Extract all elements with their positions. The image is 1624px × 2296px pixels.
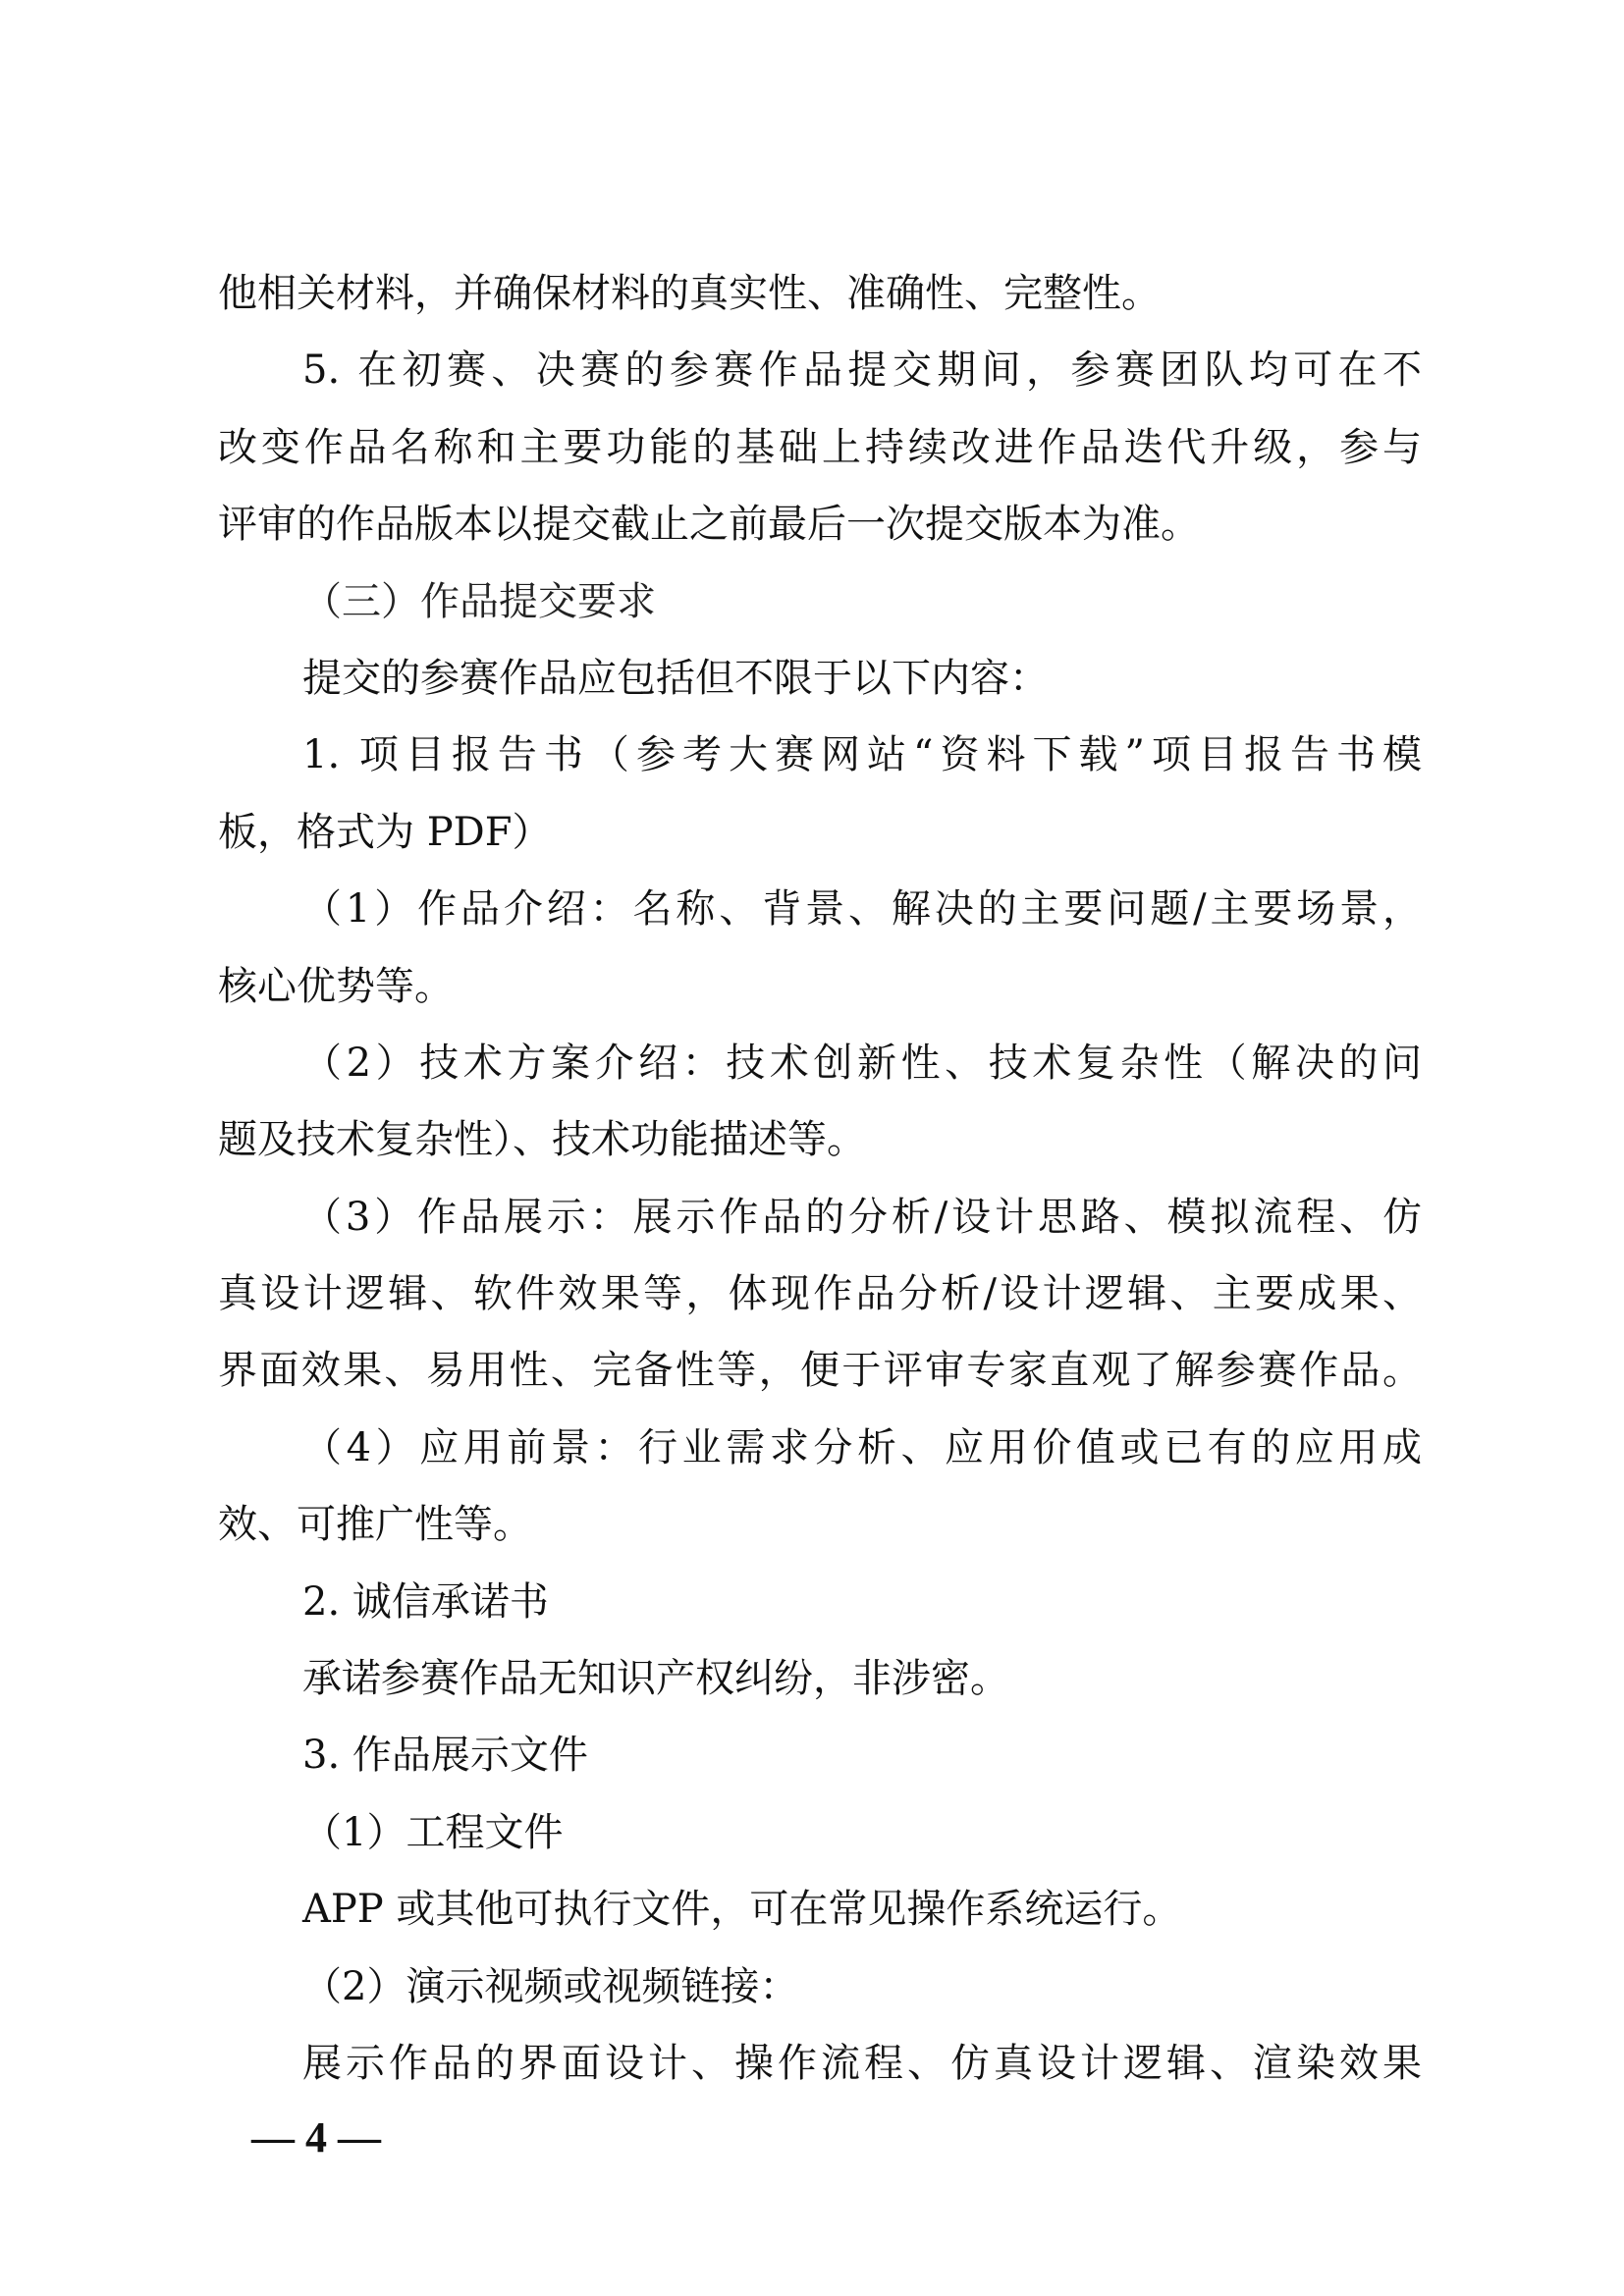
sub-item: （1）作品介绍：名称、背景、解决的主要问题/主要场景， [218, 886, 1422, 963]
text-line: 真设计逻辑、软件效果等，体现作品分析/设计逻辑、主要成果、 [218, 1271, 1422, 1348]
list-item-heading: 1. 项目报告书（参考大赛网站“资料下载”项目报告书模 [218, 732, 1422, 809]
sub-item: （1）工程文件 [218, 1810, 1422, 1887]
text-line: 效、可推广性等。 [218, 1502, 1422, 1578]
list-item-heading: 3. 作品展示文件 [218, 1733, 1422, 1809]
text-line: 他相关材料，并确保材料的真实性、准确性、完整性。 [218, 271, 1422, 347]
sub-item: （4）应用前景：行业需求分析、应用价值或已有的应用成 [218, 1425, 1422, 1502]
text-line: APP 或其他可执行文件，可在常见操作系统运行。 [218, 1887, 1422, 1963]
sub-item: （2）技术方案介绍：技术创新性、技术复杂性（解决的问 [218, 1041, 1422, 1117]
text-line: 改变作品名称和主要功能的基础上持续改进作品迭代升级，参与 [218, 425, 1422, 502]
section-heading: （三）作品提交要求 [218, 579, 1422, 656]
text-line: 展示作品的界面设计、操作流程、仿真设计逻辑、渲染效果 [218, 2041, 1422, 2117]
body-text: 他相关材料，并确保材料的真实性、准确性、完整性。 5. 在初赛、决赛的参赛作品提… [218, 271, 1422, 2117]
sub-item: （2）演示视频或视频链接： [218, 1964, 1422, 2041]
text-line: 5. 在初赛、决赛的参赛作品提交期间，参赛团队均可在不 [218, 347, 1422, 424]
sub-item: （3）作品展示：展示作品的分析/设计思路、模拟流程、仿 [218, 1195, 1422, 1271]
page-number: — 4 — [251, 2112, 381, 2163]
text-line: 提交的参赛作品应包括但不限于以下内容： [218, 656, 1422, 732]
text-line: 板，格式为 PDF） [218, 810, 1422, 886]
text-line: 界面效果、易用性、完备性等，便于评审专家直观了解参赛作品。 [218, 1348, 1422, 1424]
text-line: 题及技术复杂性）、技术功能描述等。 [218, 1117, 1422, 1194]
text-line: 评审的作品版本以提交截止之前最后一次提交版本为准。 [218, 502, 1422, 578]
text-line: 核心优势等。 [218, 964, 1422, 1041]
text-line: 承诺参赛作品无知识产权纠纷，非涉密。 [218, 1656, 1422, 1733]
document-page: 他相关材料，并确保材料的真实性、准确性、完整性。 5. 在初赛、决赛的参赛作品提… [0, 0, 1624, 2296]
list-item-heading: 2. 诚信承诺书 [218, 1579, 1422, 1656]
